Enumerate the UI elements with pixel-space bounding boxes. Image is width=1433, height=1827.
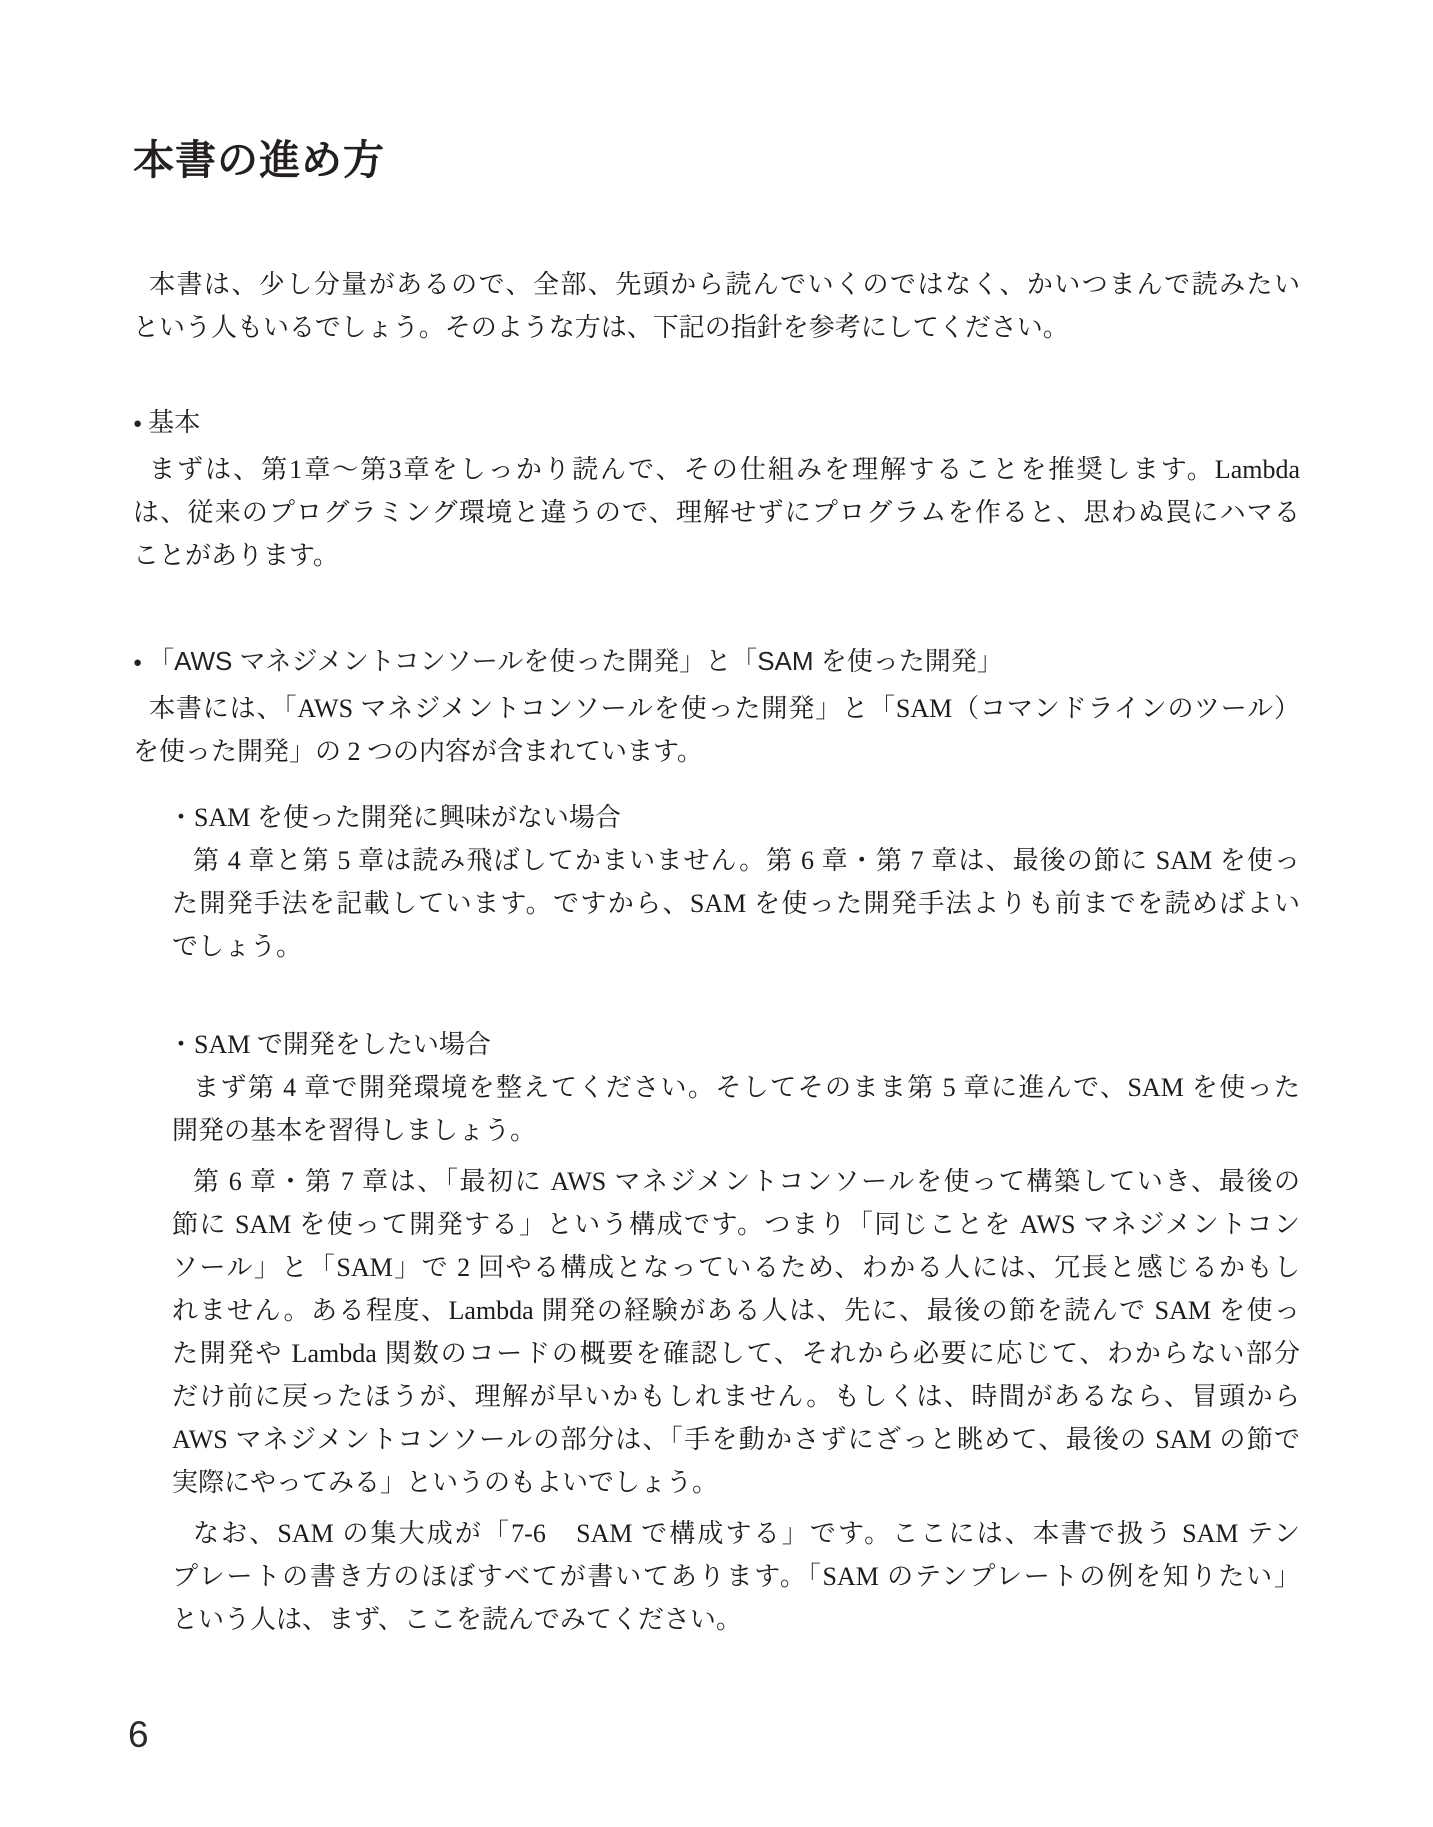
section-two-approaches: ●「AWS マネジメントコンソールを使った開発」と「SAM を使った開発」 本書… (133, 640, 1300, 773)
section-basic-body: まずは、第1章～第3章をしっかり読んで、その仕組みを理解することを推奨します。L… (133, 448, 1300, 577)
text-line: を使った開発」の 2 つの内容が含まれています。 (133, 730, 1300, 773)
bullet-icon: ● (133, 402, 142, 445)
text-line: AWS マネジメントコンソールの部分は、「手を動かさずにざっと眺めて、最後の S… (172, 1418, 1300, 1461)
text-line: 本書には、「AWS マネジメントコンソールを使った開発」と「SAM（コマンドライ… (133, 687, 1300, 730)
subsection-skip-sam: ・SAM を使った開発に興味がない場合 第 4 章と第 5 章は読み飛ばしてかま… (168, 796, 1300, 968)
text-line: まず第 4 章で開発環境を整えてください。そしてそのまま第 5 章に進んで、SA… (172, 1066, 1300, 1109)
text-line: なお、SAM の集大成が「7-6 SAM で構成する」です。ここには、本書で扱う… (172, 1512, 1300, 1555)
book-page: 本書の進め方 本書は、少し分量があるので、全部、先頭から読んでいくのではなく、か… (0, 0, 1433, 1827)
text-line: た開発や Lambda 関数のコードの概要を確認して、それから必要に応じて、わか… (172, 1332, 1300, 1375)
paragraph: なお、SAM の集大成が「7-6 SAM で構成する」です。ここには、本書で扱う… (172, 1512, 1300, 1641)
paragraph: まず第 4 章で開発環境を整えてください。そしてそのまま第 5 章に進んで、SA… (172, 1066, 1300, 1152)
dot-marker: ・ (168, 1030, 194, 1059)
section-two-body: 本書には、「AWS マネジメントコンソールを使った開発」と「SAM（コマンドライ… (133, 687, 1300, 773)
text-line: 実際にやってみる」というのもよいでしょう。 (172, 1461, 1300, 1504)
text-line: まずは、第1章～第3章をしっかり読んで、その仕組みを理解することを推奨します。L… (133, 448, 1300, 491)
section-two-heading: ●「AWS マネジメントコンソールを使った開発」と「SAM を使った開発」 (133, 640, 1300, 687)
subsection-skip-sam-heading: ・SAM を使った開発に興味がない場合 (168, 796, 1300, 839)
text-line: ことがあります。 (133, 534, 1300, 577)
text-line: は、従来のプログラミング環境と違うので、理解せずにプログラムを作ると、思わぬ罠に… (133, 491, 1300, 534)
section-two-heading-label: 「AWS マネジメントコンソールを使った開発」と「SAM を使った開発」 (148, 646, 1003, 676)
subsection-skip-sam-heading-label: SAM を使った開発に興味がない場合 (194, 803, 621, 832)
text-line: 開発の基本を習得しましょう。 (172, 1109, 1300, 1152)
text-line: れません。ある程度、Lambda 開発の経験がある人は、先に、最後の節を読んで … (172, 1289, 1300, 1332)
page-content: 本書の進め方 本書は、少し分量があるので、全部、先頭から読んでいくのではなく、か… (133, 0, 1300, 1641)
bullet-icon: ● (133, 641, 142, 684)
text-line: 節に SAM を使って開発する」という構成です。つまり「同じことを AWS マネ… (172, 1203, 1300, 1246)
dot-marker: ・ (168, 803, 194, 832)
text-line: プレートの書き方のほぼすべてが書いてあります。「SAM のテンプレートの例を知り… (172, 1555, 1300, 1598)
text-line: 第 6 章・第 7 章は、「最初に AWS マネジメントコンソールを使って構築し… (172, 1160, 1300, 1203)
subsection-use-sam-heading-label: SAM で開発をしたい場合 (194, 1030, 491, 1059)
text-line: という人もいるでしょう。そのような方は、下記の指針を参考にしてください。 (133, 306, 1300, 349)
paragraph: 第 6 章・第 7 章は、「最初に AWS マネジメントコンソールを使って構築し… (172, 1160, 1300, 1504)
page-title: 本書の進め方 (133, 137, 1300, 183)
text-line: た開発手法を記載しています。ですから、SAM を使った開発手法よりも前までを読め… (172, 882, 1300, 925)
subsection-use-sam-body: まず第 4 章で開発環境を整えてください。そしてそのまま第 5 章に進んで、SA… (172, 1066, 1300, 1641)
section-basic: ●基本 まずは、第1章～第3章をしっかり読んで、その仕組みを理解することを推奨し… (133, 401, 1300, 577)
page-number: 6 (128, 1714, 149, 1756)
subsection-use-sam: ・SAM で開発をしたい場合 まず第 4 章で開発環境を整えてください。そしてそ… (168, 1023, 1300, 1641)
subsection-skip-sam-body: 第 4 章と第 5 章は読み飛ばしてかまいません。第 6 章・第 7 章は、最後… (172, 839, 1300, 968)
section-basic-heading-label: 基本 (148, 407, 200, 437)
text-line: 本書は、少し分量があるので、全部、先頭から読んでいくのではなく、かいつまんで読み… (133, 263, 1300, 306)
subsection-use-sam-heading: ・SAM で開発をしたい場合 (168, 1023, 1300, 1066)
section-basic-heading: ●基本 (133, 401, 1300, 448)
text-line: 第 4 章と第 5 章は読み飛ばしてかまいません。第 6 章・第 7 章は、最後… (172, 839, 1300, 882)
text-line: ソール」と「SAM」で 2 回やる構成となっているため、わかる人には、冗長と感じ… (172, 1246, 1300, 1289)
text-line: という人は、まず、ここを読んでみてください。 (172, 1598, 1300, 1641)
intro-paragraph: 本書は、少し分量があるので、全部、先頭から読んでいくのではなく、かいつまんで読み… (133, 263, 1300, 349)
text-line: だけ前に戻ったほうが、理解が早いかもしれません。もしくは、時間があるなら、冒頭か… (172, 1375, 1300, 1418)
text-line: でしょう。 (172, 925, 1300, 968)
